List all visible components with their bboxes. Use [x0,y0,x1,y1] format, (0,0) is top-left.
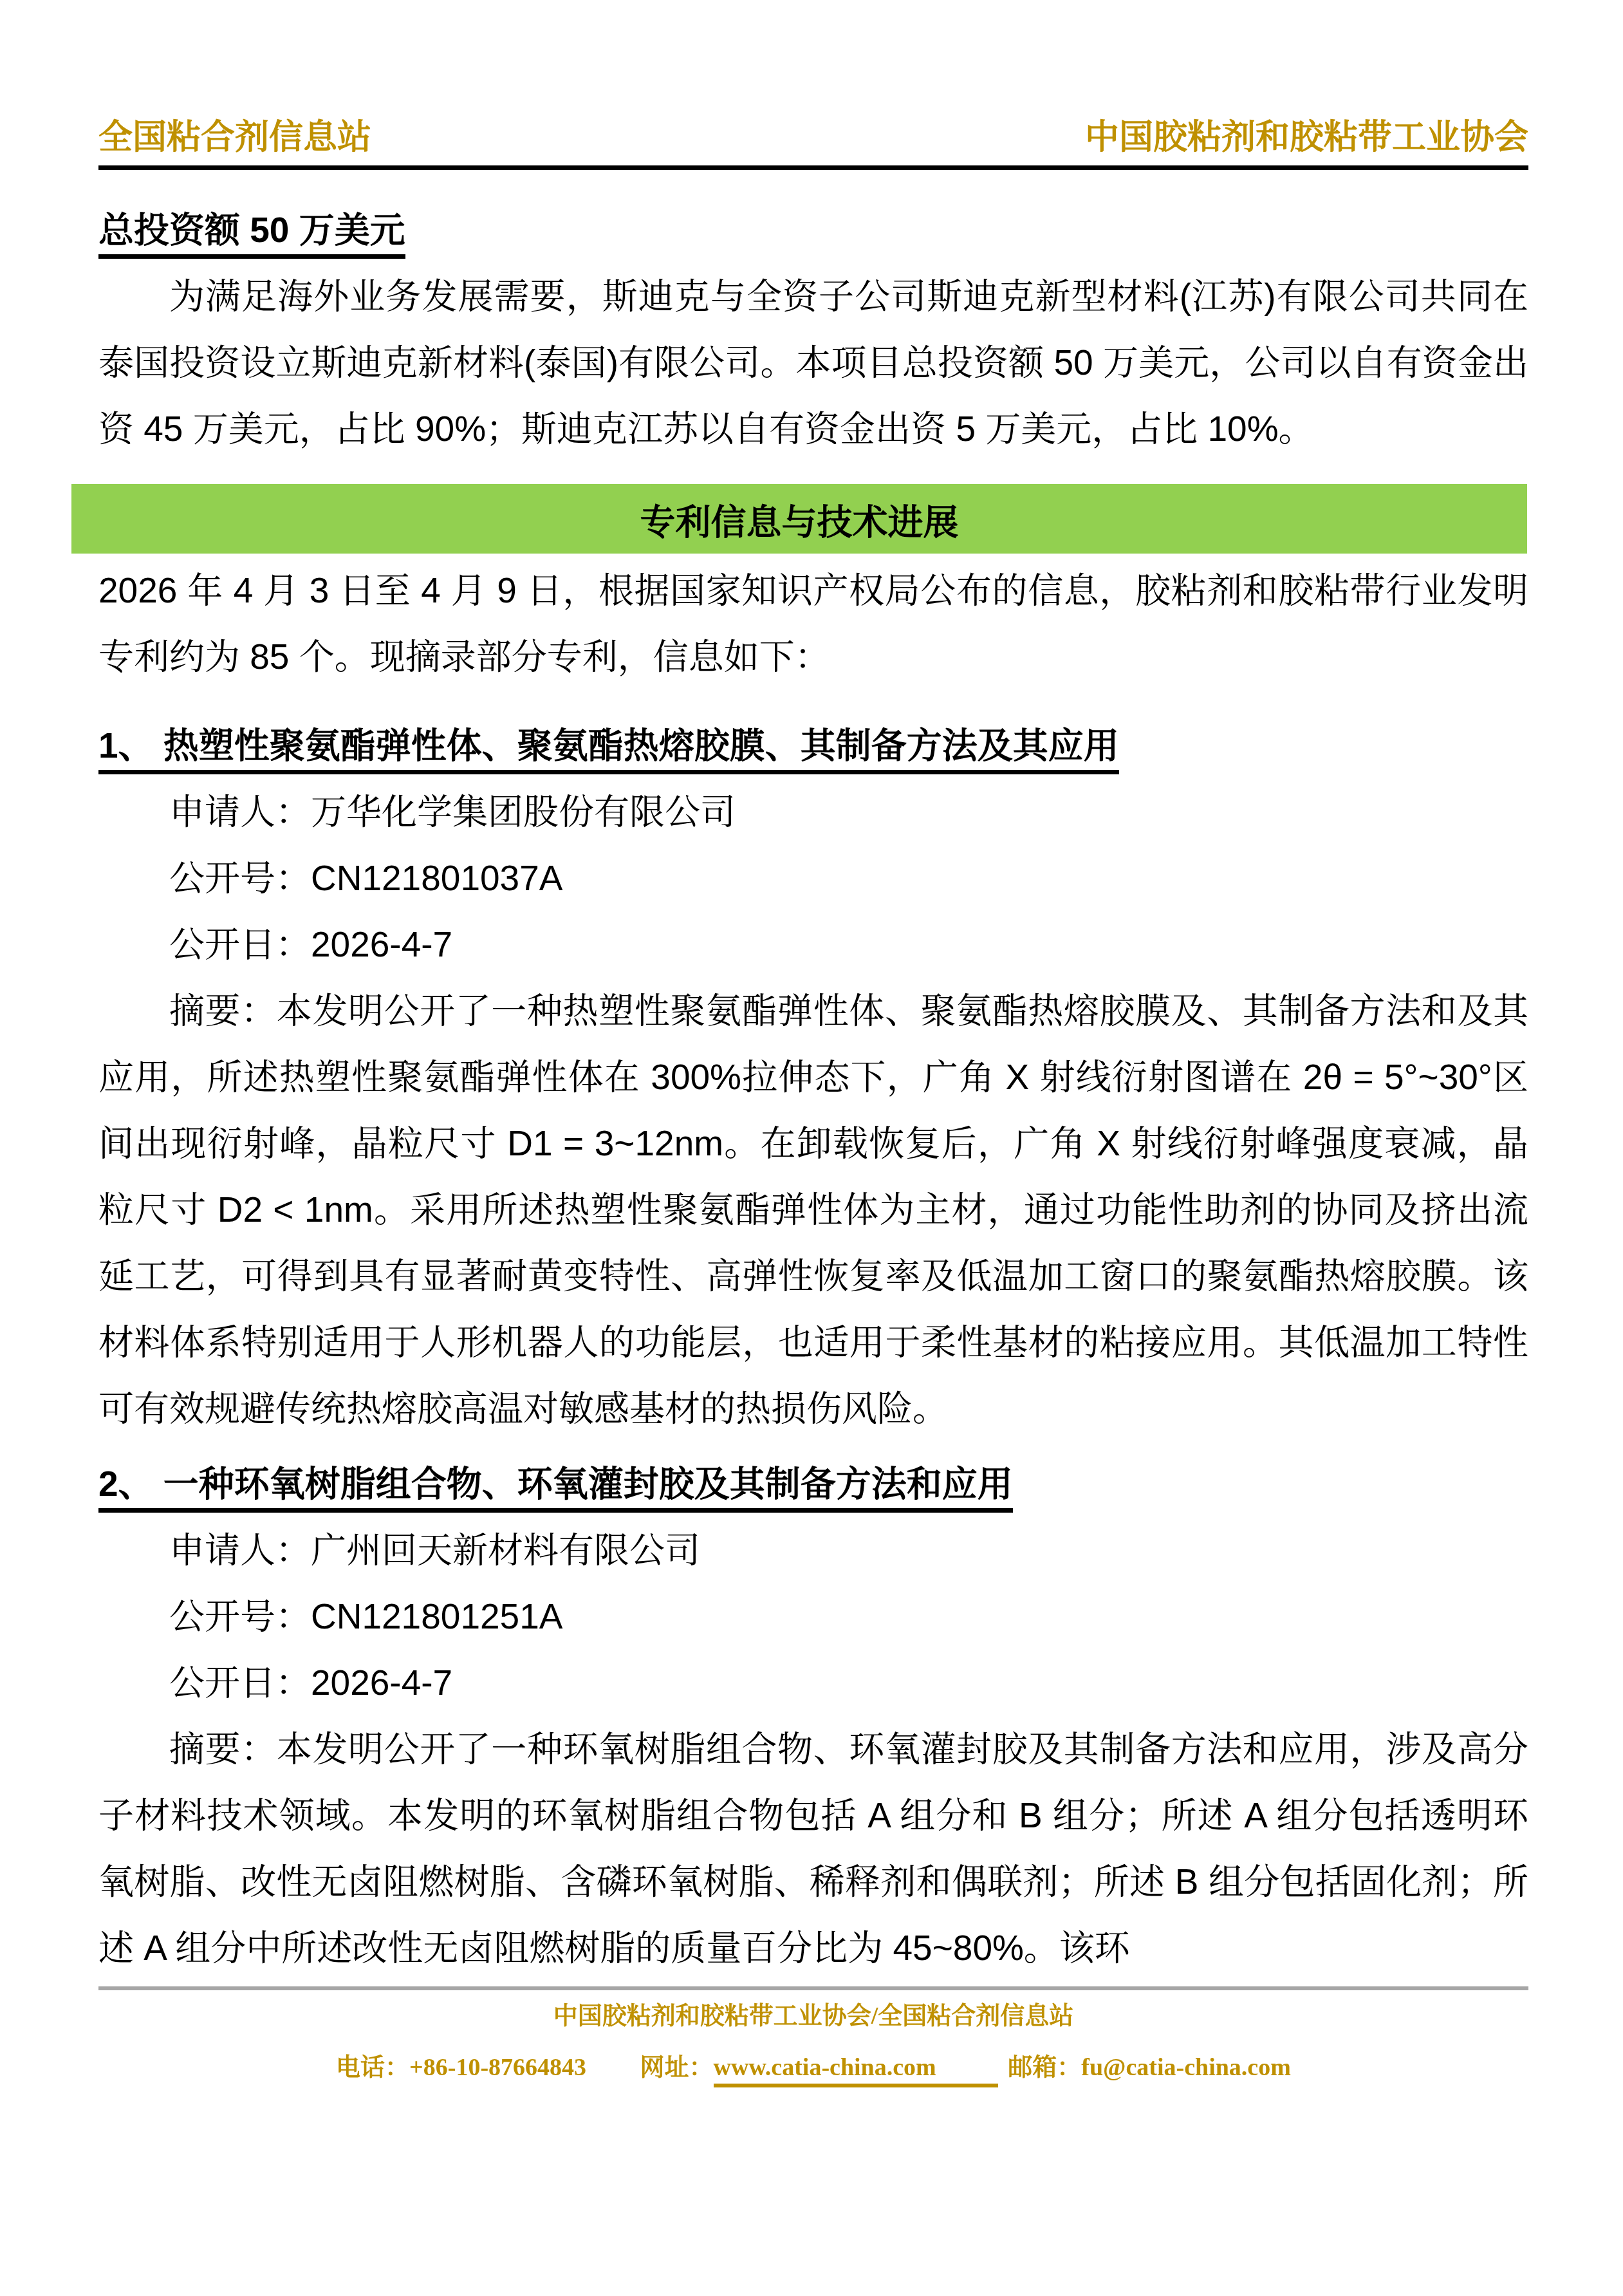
patent-2-heading: 2、 一种环氧树脂组合物、环氧灌封胶及其制备方法和应用 [98,1451,1528,1517]
patent-1-heading-text: 1、 热塑性聚氨酯弹性体、聚氨酯热熔胶膜、其制备方法及其应用 [98,725,1119,774]
patent-2-heading-text: 2、 一种环氧树脂组合物、环氧灌封胶及其制备方法和应用 [98,1464,1013,1513]
footer-contact-line: 电话：+86-10-87664843 网址：www.catia-china.co… [98,2042,1528,2093]
investment-paragraph: 为满足海外业务发展需要，斯迪克与全资子公司斯迪克新型材料(江苏)有限公司共同在泰… [98,263,1528,462]
footer-email-label: 邮箱： [1008,2054,1081,2081]
patent-1-publication-date: 公开日：2026-4-7 [98,911,1528,978]
patent-1-applicant: 申请人：万华化学集团股份有限公司 [98,779,1528,845]
footer-website: 网址：www.catia-china.com [640,2054,998,2081]
patent-section-banner: 专利信息与技术进展 [71,484,1527,554]
investment-section-title: 总投资额 50 万美元 [98,197,1528,263]
patent-1-publication-no: 公开号：CN121801037A [98,845,1528,911]
masthead: 全国粘合剂信息站 中国胶粘剂和胶粘带工业协会 [98,119,1528,170]
patent-2-applicant: 申请人：广州回天新材料有限公司 [98,1517,1528,1583]
footer-phone-number: +86-10-87664843 [409,2054,586,2081]
patent-section-banner-title: 专利信息与技术进展 [640,494,958,545]
patent-1-abstract: 摘要：本发明公开了一种热塑性聚氨酯弹性体、聚氨酯热熔胶膜及、其制备方法和及其应用… [98,978,1528,1442]
patent-item-2: 2、 一种环氧树脂组合物、环氧灌封胶及其制备方法和应用 申请人：广州回天新材料有… [98,1451,1528,1981]
patent-2-publication-no: 公开号：CN121801251A [98,1583,1528,1650]
footer-email-address: fu@catia-china.com [1081,2054,1291,2081]
patent-1-heading: 1、 热塑性聚氨酯弹性体、聚氨酯热熔胶膜、其制备方法及其应用 [98,713,1528,779]
footer-phone: 电话：+86-10-87664843 [336,2054,586,2081]
patent-intro-paragraph: 2026 年 4 月 3 日至 4 月 9 日，根据国家知识产权局公布的信息，胶… [98,557,1528,690]
footer-phone-label: 电话： [336,2054,409,2081]
document-page: 全国粘合剂信息站 中国胶粘剂和胶粘带工业协会 总投资额 50 万美元 为满足海外… [0,0,1623,2296]
footer-website-link[interactable]: www.catia-china.com [714,2054,998,2087]
page-footer: 中国胶粘剂和胶粘带工业协会/全国粘合剂信息站 电话：+86-10-8766484… [98,1986,1528,2093]
patent-item-1: 1、 热塑性聚氨酯弹性体、聚氨酯热熔胶膜、其制备方法及其应用 申请人：万华化学集… [98,713,1528,1442]
footer-website-label: 网址： [640,2054,714,2081]
investment-section-title-text: 总投资额 50 万美元 [98,210,405,259]
footer-email: 邮箱：fu@catia-china.com [1008,2054,1291,2081]
patent-2-publication-date: 公开日：2026-4-7 [98,1650,1528,1716]
patent-2-abstract: 摘要：本发明公开了一种环氧树脂组合物、环氧灌封胶及其制备方法和应用，涉及高分子材… [98,1716,1528,1981]
masthead-left-title: 全国粘合剂信息站 [98,119,371,156]
footer-org-line: 中国胶粘剂和胶粘带工业协会/全国粘合剂信息站 [98,1990,1528,2042]
masthead-right-title: 中国胶粘剂和胶粘带工业协会 [1085,119,1528,156]
